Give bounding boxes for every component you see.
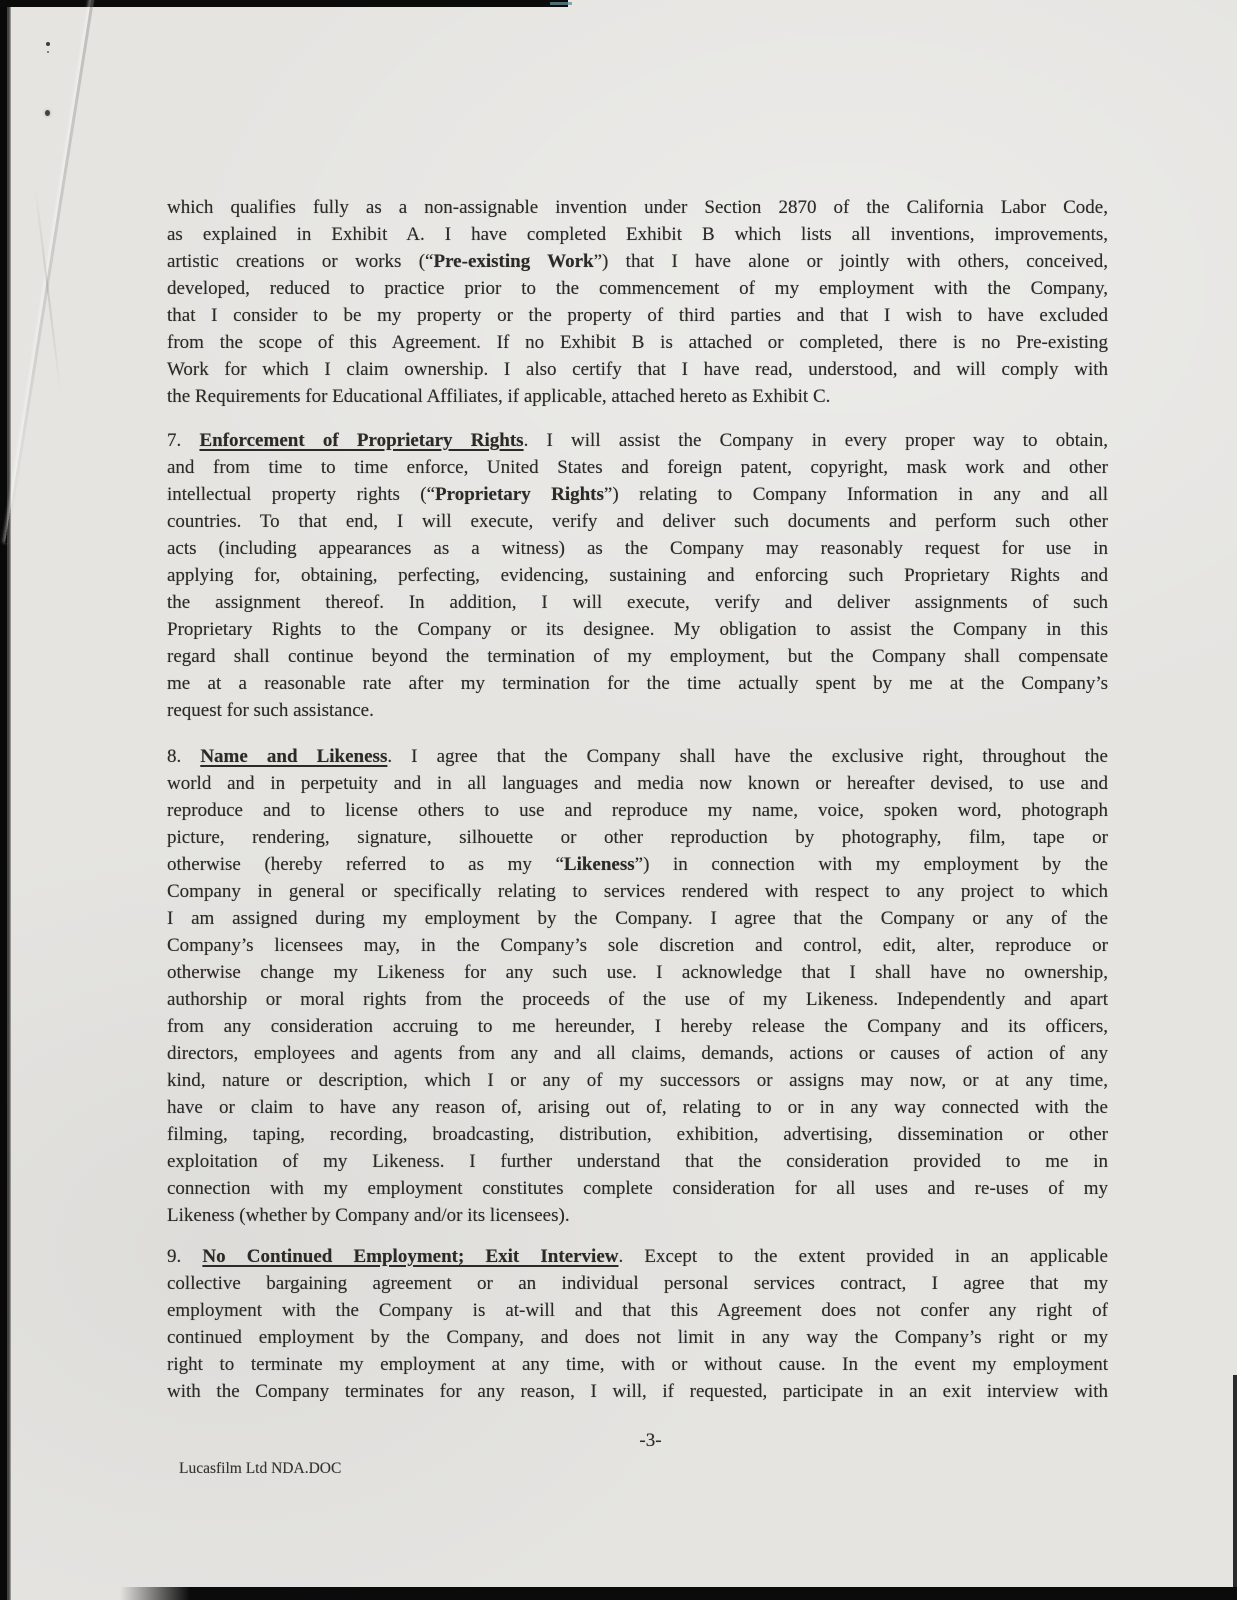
text-run: from the scope of this Agreement. If no …: [167, 332, 1108, 353]
text-line: reproduce and to license others to use a…: [167, 797, 1108, 824]
text-line: that I consider to be my property or the…: [167, 302, 1108, 329]
text-line: as explained in Exhibit A. I have comple…: [167, 221, 1108, 248]
page-number: -3-: [180, 1430, 1121, 1452]
text-run: continued employment by the Company, and…: [167, 1327, 1108, 1348]
text-line: which qualifies fully as a non-assignabl…: [167, 194, 1108, 221]
text-line: from any consideration accruing to me he…: [167, 1013, 1108, 1040]
text-run: otherwise (hereby referred to as my “: [167, 854, 564, 875]
scan-edge-top: [0, 0, 568, 7]
text-run: collective bargaining agreement or an in…: [167, 1273, 1108, 1294]
text-line: artistic creations or works (“Pre-existi…: [167, 248, 1108, 275]
text-line: exploitation of my Likeness. I further u…: [167, 1148, 1108, 1175]
text-line: from the scope of this Agreement. If no …: [167, 329, 1108, 356]
emphasized-term: Likeness: [564, 854, 635, 875]
text-line: directors, employees and agents from any…: [167, 1040, 1108, 1067]
text-run: world and in perpetuity and in all langu…: [167, 773, 1108, 794]
text-run: . Except to the extent provided in an ap…: [619, 1246, 1109, 1267]
paper-crease: [5, 0, 98, 543]
text-line: 8. Name and Likeness. I agree that the C…: [167, 743, 1108, 770]
paragraph-sec7: 7. Enforcement of Proprietary Rights. I …: [167, 427, 1108, 724]
text-run: ”) relating to Company Information in an…: [604, 484, 1108, 505]
text-line: the Requirements for Educational Affilia…: [167, 383, 1108, 410]
text-run: applying for, obtaining, perfecting, evi…: [167, 565, 1108, 586]
text-run: have or claim to have any reason of, ari…: [167, 1097, 1108, 1118]
text-run: countries. To that end, I will execute, …: [167, 511, 1108, 532]
text-run: the assignment thereof. In addition, I w…: [167, 592, 1108, 613]
paragraph-sec9: 9. No Continued Employment; Exit Intervi…: [167, 1243, 1108, 1405]
scan-edge-right: [1233, 1375, 1237, 1600]
text-run: Proprietary Rights to the Company or its…: [167, 619, 1108, 640]
text-line: Company’s licensees may, in the Company’…: [167, 932, 1108, 959]
text-line: Company in general or specifically relat…: [167, 878, 1108, 905]
text-run: ”) in connection with my employment by t…: [635, 854, 1108, 875]
text-line: and from time to time enforce, United St…: [167, 454, 1108, 481]
text-run: connection with my employment constitute…: [167, 1178, 1108, 1199]
paragraph-sec8: 8. Name and Likeness. I agree that the C…: [167, 743, 1108, 1229]
emphasized-term: Enforcement of Proprietary Rights: [199, 430, 523, 451]
text-line: Work for which I claim ownership. I also…: [167, 356, 1108, 383]
text-run: intellectual property rights (“: [167, 484, 435, 505]
text-run: 7.: [167, 430, 199, 451]
text-run: that I consider to be my property or the…: [167, 305, 1108, 326]
text-line: applying for, obtaining, perfecting, evi…: [167, 562, 1108, 589]
paragraph-intro: which qualifies fully as a non-assignabl…: [167, 194, 1108, 410]
text-run: Work for which I claim ownership. I also…: [167, 359, 1108, 380]
text-run: exploitation of my Likeness. I further u…: [167, 1151, 1108, 1172]
text-run: directors, employees and agents from any…: [167, 1043, 1108, 1064]
text-run: filming, taping, recording, broadcasting…: [167, 1124, 1108, 1145]
text-run: artistic creations or works (“: [167, 251, 433, 272]
text-run: 9.: [167, 1246, 202, 1267]
text-line: picture, rendering, signature, silhouett…: [167, 824, 1108, 851]
emphasized-term: Pre-existing Work: [433, 251, 593, 272]
margin-speck-colon: [46, 42, 50, 46]
text-run: me at a reasonable rate after my termina…: [167, 673, 1108, 694]
text-line: connection with my employment constitute…: [167, 1175, 1108, 1202]
text-run: the Requirements for Educational Affilia…: [167, 386, 830, 407]
scanned-page: which qualifies fully as a non-assignabl…: [0, 0, 1237, 1600]
text-run: and from time to time enforce, United St…: [167, 457, 1108, 478]
text-run: request for such assistance.: [167, 700, 374, 721]
text-line: authorship or moral rights from the proc…: [167, 986, 1108, 1013]
text-run: acts (including appearances as a witness…: [167, 538, 1108, 559]
text-run: with the Company terminates for any reas…: [167, 1381, 1108, 1402]
text-line: continued employment by the Company, and…: [167, 1324, 1108, 1351]
text-line: developed, reduced to practice prior to …: [167, 275, 1108, 302]
text-line: me at a reasonable rate after my termina…: [167, 670, 1108, 697]
text-run: picture, rendering, signature, silhouett…: [167, 827, 1108, 848]
margin-speck-dot: [45, 110, 50, 116]
text-run: otherwise change my Likeness for any suc…: [167, 962, 1108, 983]
text-line: world and in perpetuity and in all langu…: [167, 770, 1108, 797]
text-line: countries. To that end, I will execute, …: [167, 508, 1108, 535]
text-line: regard shall continue beyond the termina…: [167, 643, 1108, 670]
text-run: kind, nature or description, which I or …: [167, 1070, 1108, 1091]
text-line: with the Company terminates for any reas…: [167, 1378, 1108, 1405]
emphasized-term: Name and Likeness: [200, 746, 387, 767]
text-run: Company’s licensees may, in the Company’…: [167, 935, 1108, 956]
text-run: ”) that I have alone or jointly with oth…: [594, 251, 1108, 272]
text-run: employment with the Company is at-will a…: [167, 1300, 1108, 1321]
text-line: acts (including appearances as a witness…: [167, 535, 1108, 562]
text-line: kind, nature or description, which I or …: [167, 1067, 1108, 1094]
text-run: . I will assist the Company in every pro…: [524, 430, 1108, 451]
text-line: the assignment thereof. In addition, I w…: [167, 589, 1108, 616]
emphasized-term: No Continued Employment; Exit Interview: [202, 1246, 618, 1267]
text-run: regard shall continue beyond the termina…: [167, 646, 1108, 667]
text-line: intellectual property rights (“Proprieta…: [167, 481, 1108, 508]
text-line: request for such assistance.: [167, 697, 1108, 724]
text-line: employment with the Company is at-will a…: [167, 1297, 1108, 1324]
text-line: Proprietary Rights to the Company or its…: [167, 616, 1108, 643]
text-run: as explained in Exhibit A. I have comple…: [167, 224, 1108, 245]
text-run: authorship or moral rights from the proc…: [167, 989, 1108, 1010]
text-line: 7. Enforcement of Proprietary Rights. I …: [167, 427, 1108, 454]
text-run: which qualifies fully as a non-assignabl…: [167, 197, 1108, 218]
emphasized-term: Proprietary Rights: [435, 484, 604, 505]
text-line: otherwise change my Likeness for any suc…: [167, 959, 1108, 986]
text-run: developed, reduced to practice prior to …: [167, 278, 1108, 299]
text-run: . I agree that the Company shall have th…: [387, 746, 1108, 767]
text-line: I am assigned during my employment by th…: [167, 905, 1108, 932]
text-line: filming, taping, recording, broadcasting…: [167, 1121, 1108, 1148]
text-line: right to terminate my employment at any …: [167, 1351, 1108, 1378]
scan-edge-bottom: [120, 1587, 1237, 1600]
text-run: I am assigned during my employment by th…: [167, 908, 1108, 929]
scan-edge-left: [0, 0, 11, 1600]
text-run: from any consideration accruing to me he…: [167, 1016, 1108, 1037]
footer-filename: Lucasfilm Ltd NDA.DOC: [179, 1460, 341, 1478]
text-run: 8.: [167, 746, 200, 767]
text-run: Likeness (whether by Company and/or its …: [167, 1205, 570, 1226]
text-run: reproduce and to license others to use a…: [167, 800, 1108, 821]
text-line: 9. No Continued Employment; Exit Intervi…: [167, 1243, 1108, 1270]
text-run: Company in general or specifically relat…: [167, 881, 1108, 902]
text-line: otherwise (hereby referred to as my “Lik…: [167, 851, 1108, 878]
text-line: Likeness (whether by Company and/or its …: [167, 1202, 1108, 1229]
text-line: have or claim to have any reason of, ari…: [167, 1094, 1108, 1121]
text-run: right to terminate my employment at any …: [167, 1354, 1108, 1375]
text-line: collective bargaining agreement or an in…: [167, 1270, 1108, 1297]
